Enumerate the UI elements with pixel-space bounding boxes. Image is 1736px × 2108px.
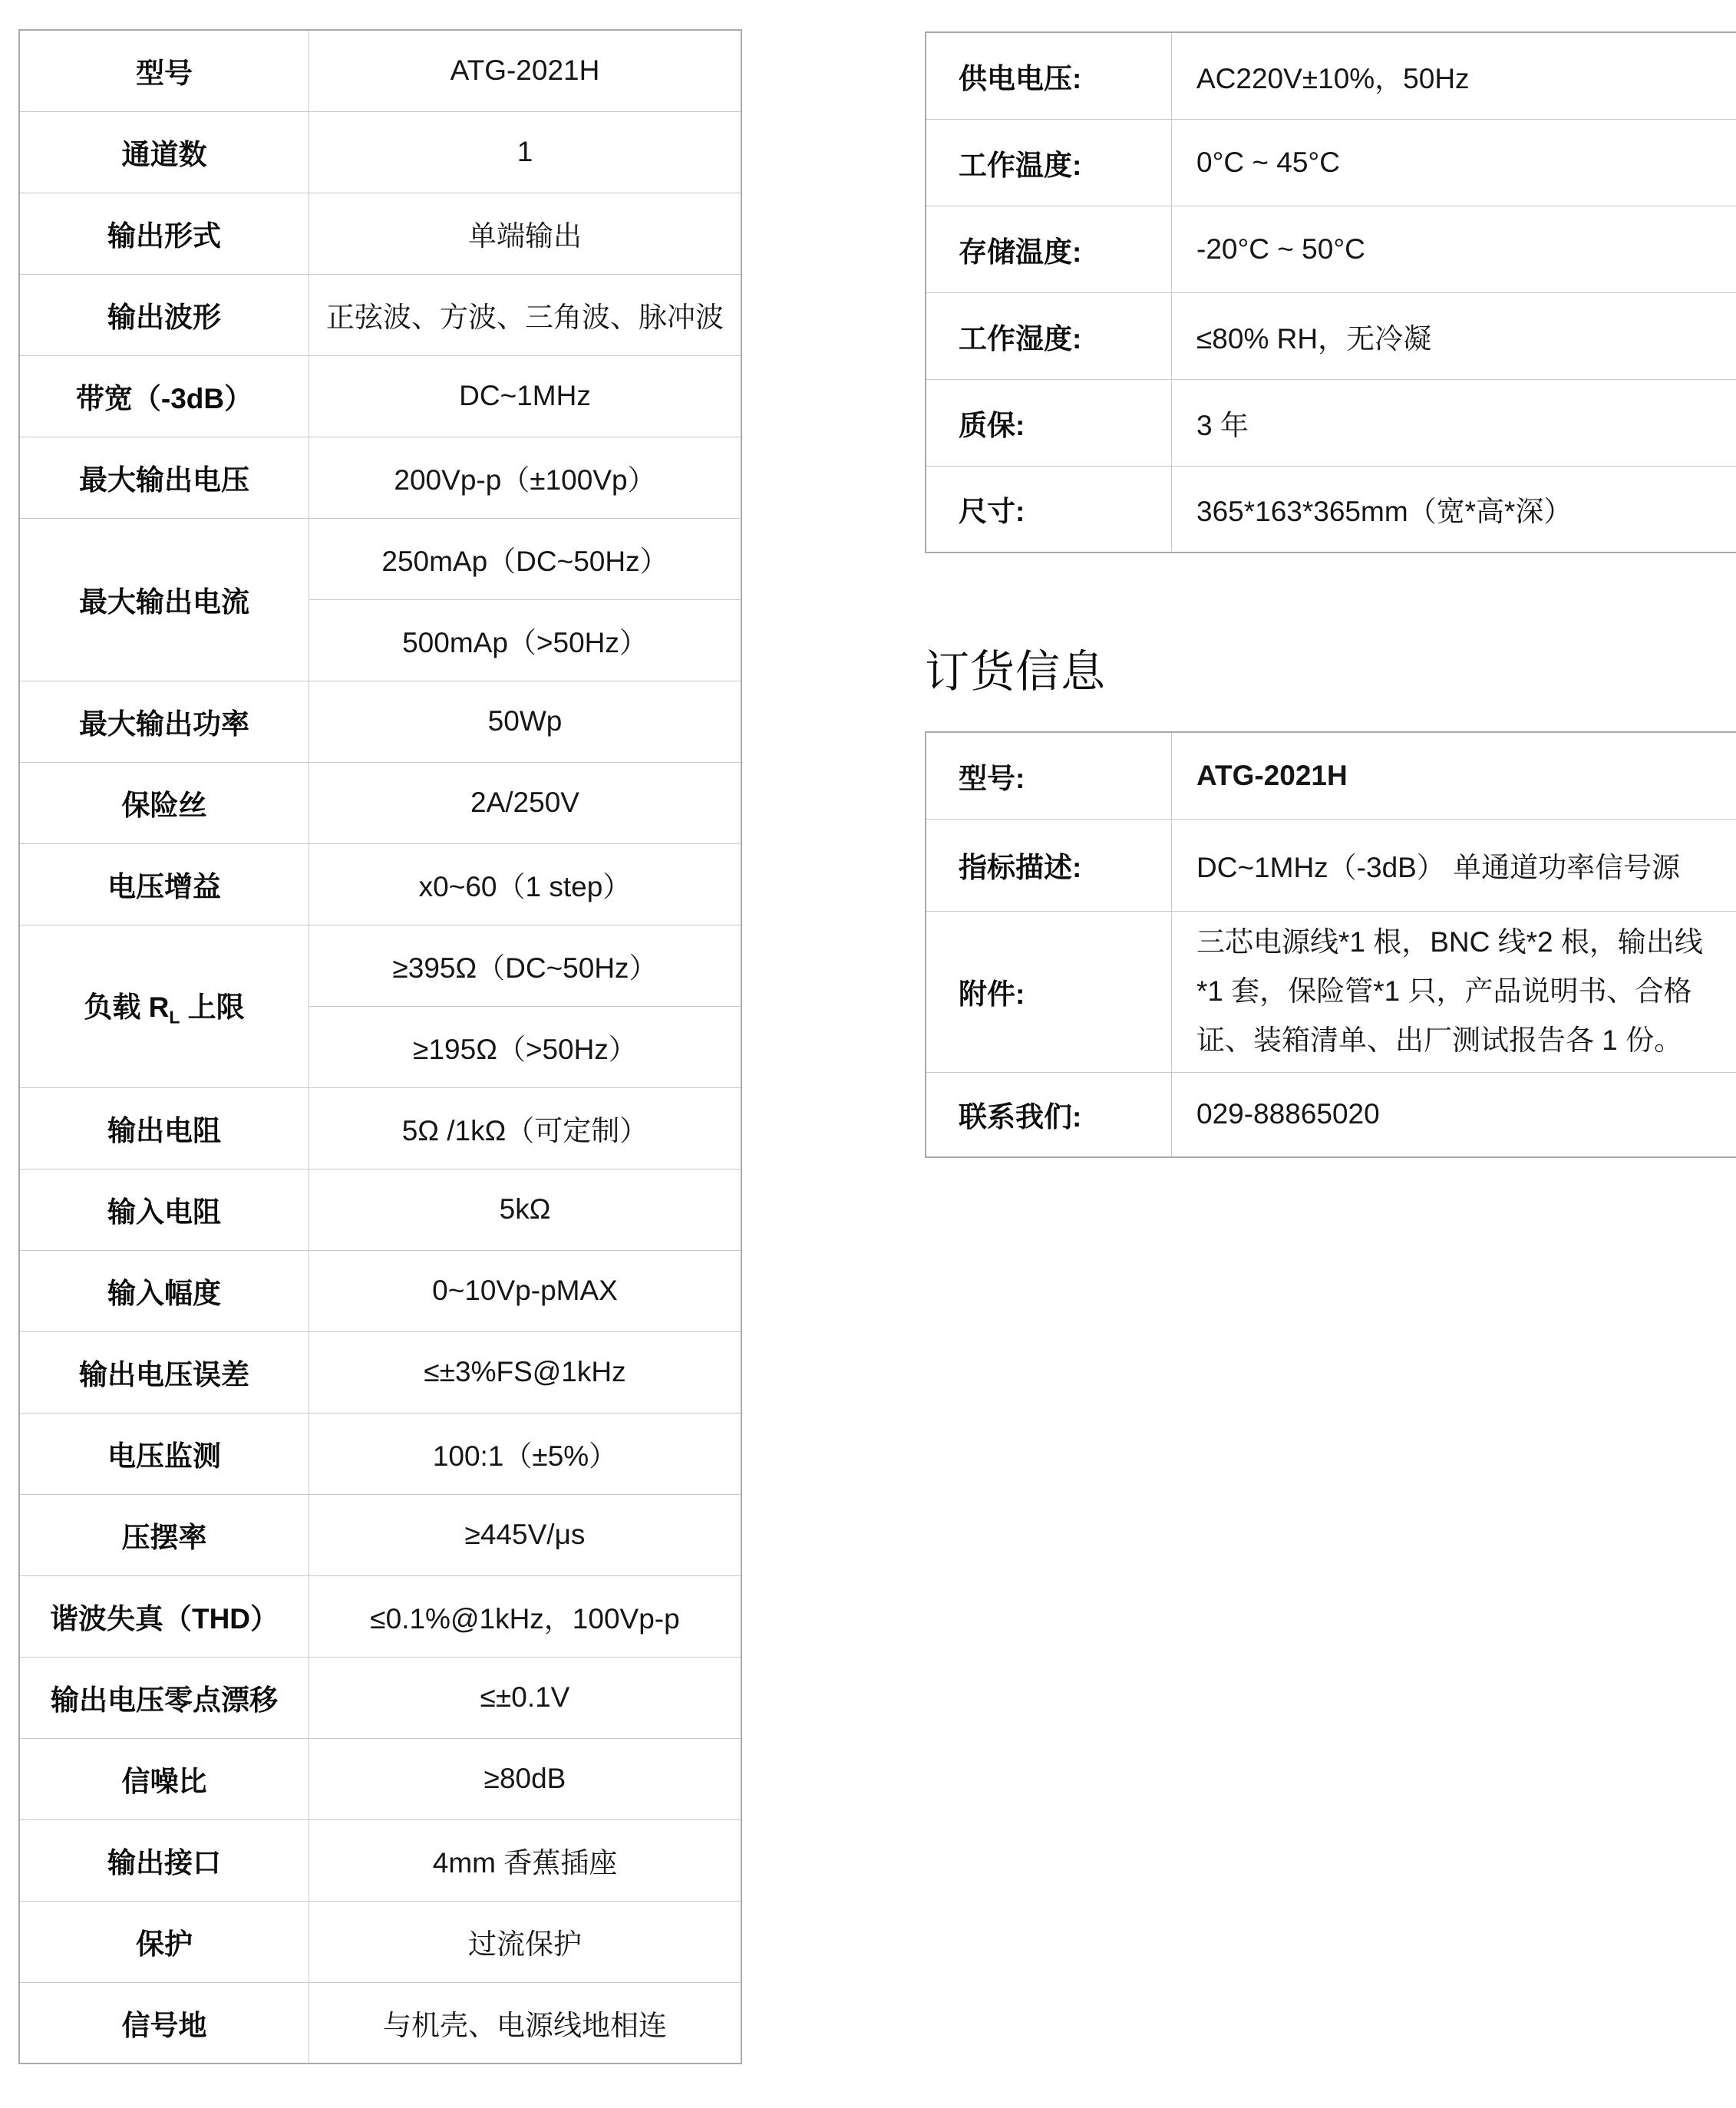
env-label: 存储温度: — [926, 206, 1172, 292]
table-row: 输出接口 4mm 香蕉插座 — [19, 1819, 741, 1901]
spec-label: 信噪比 — [19, 1738, 309, 1819]
env-label: 供电电压: — [926, 32, 1172, 119]
spec-value: ≤0.1%@1kHz，100Vp-p — [309, 1575, 742, 1657]
table-row: 联系我们: 029-88865020 — [926, 1072, 1736, 1157]
table-row: 指标描述: DC~1MHz（-3dB） 单通道功率信号源 — [926, 819, 1736, 911]
env-label: 质保: — [926, 379, 1172, 466]
spec-value: 0~10Vp-pMAX — [309, 1250, 742, 1331]
env-label: 工作湿度: — [926, 292, 1172, 379]
table-row: 输出形式 单端输出 — [19, 193, 741, 274]
spec-label: 输出接口 — [19, 1819, 309, 1901]
table-row: 保险丝 2A/250V — [19, 762, 741, 843]
table-row: 输出电压零点漂移 ≤±0.1V — [19, 1657, 741, 1738]
spec-value: 2A/250V — [309, 762, 742, 843]
spec-label-text: 上限 — [180, 991, 244, 1023]
spec-value: 100:1（±5%） — [309, 1413, 742, 1494]
spec-value: 单端输出 — [309, 193, 742, 274]
table-row: 尺寸: 365*163*365mm（宽*高*深） — [926, 466, 1736, 553]
table-row: 存储温度: -20°C ~ 50°C — [926, 206, 1736, 292]
spec-label: 输出电压误差 — [19, 1331, 309, 1413]
table-row: 最大输出电流 250mAp（DC~50Hz） — [19, 518, 741, 599]
table-row: 工作湿度: ≤80% RH，无冷凝 — [926, 292, 1736, 379]
spec-value: ≥195Ω（>50Hz） — [309, 1006, 742, 1087]
order-value: DC~1MHz（-3dB） 单通道功率信号源 — [1172, 819, 1736, 911]
spec-label: 输出电压零点漂移 — [19, 1657, 309, 1738]
spec-value: 500mAp（>50Hz） — [309, 599, 742, 681]
table-row: 输出电压误差 ≤±3%FS@1kHz — [19, 1331, 741, 1413]
spec-value: 正弦波、方波、三角波、脉冲波 — [309, 274, 742, 355]
spec-label: 输出电阻 — [19, 1087, 309, 1169]
spec-value: x0~60（1 step） — [309, 843, 742, 925]
table-row: 谐波失真（THD） ≤0.1%@1kHz，100Vp-p — [19, 1575, 741, 1657]
env-value: 365*163*365mm（宽*高*深） — [1172, 466, 1736, 553]
table-row: 电压增益 x0~60（1 step） — [19, 843, 741, 925]
spec-value: 200Vp-p（±100Vp） — [309, 437, 742, 518]
subscript-l: L — [169, 1008, 180, 1028]
spec-value: 1 — [309, 111, 742, 193]
spec-label: 输出形式 — [19, 193, 309, 274]
table-row: 通道数 1 — [19, 111, 741, 193]
order-value: 三芯电源线*1 根，BNC 线*2 根，输出线*1 套，保险管*1 只，产品说明… — [1172, 911, 1736, 1072]
spec-document-page: 型号 ATG-2021H 通道数 1 输出形式 单端输出 输出波形 正弦波、方波… — [0, 0, 1736, 2108]
spec-label: 通道数 — [19, 111, 309, 193]
table-row: 型号 ATG-2021H — [19, 30, 741, 111]
spec-value: ATG-2021H — [309, 30, 742, 111]
table-row: 质保: 3 年 — [926, 379, 1736, 466]
env-table: 供电电压: AC220V±10%，50Hz 工作温度: 0°C ~ 45°C 存… — [925, 31, 1736, 553]
order-label: 附件: — [926, 911, 1172, 1072]
spec-label: 输入幅度 — [19, 1250, 309, 1331]
table-row: 压摆率 ≥445V/μs — [19, 1494, 741, 1575]
spec-value: 4mm 香蕉插座 — [309, 1819, 742, 1901]
spec-label: 电压增益 — [19, 843, 309, 925]
table-row: 最大输出功率 50Wp — [19, 681, 741, 762]
spec-value: ≥445V/μs — [309, 1494, 742, 1575]
table-row: 带宽（-3dB） DC~1MHz — [19, 355, 741, 437]
spec-label: 谐波失真（THD） — [19, 1575, 309, 1657]
env-label: 工作温度: — [926, 119, 1172, 206]
spec-label: 负载 RL 上限 — [19, 925, 309, 1087]
env-value: -20°C ~ 50°C — [1172, 206, 1736, 292]
spec-value: ≤±0.1V — [309, 1657, 742, 1738]
table-row: 型号: ATG-2021H — [926, 732, 1736, 819]
spec-label: 型号 — [19, 30, 309, 111]
order-label: 指标描述: — [926, 819, 1172, 911]
order-info-heading: 订货信息 — [925, 635, 1106, 700]
env-label: 尺寸: — [926, 466, 1172, 553]
table-row: 电压监测 100:1（±5%） — [19, 1413, 741, 1494]
spec-label: 输出波形 — [19, 274, 309, 355]
spec-label: 保险丝 — [19, 762, 309, 843]
table-row: 输出电阻 5Ω /1kΩ（可定制） — [19, 1087, 741, 1169]
spec-value: 过流保护 — [309, 1901, 742, 1982]
order-table: 型号: ATG-2021H 指标描述: DC~1MHz（-3dB） 单通道功率信… — [925, 731, 1736, 1158]
order-value: 029-88865020 — [1172, 1072, 1736, 1157]
spec-label: 最大输出电压 — [19, 437, 309, 518]
spec-label: 输入电阻 — [19, 1169, 309, 1250]
table-row: 信噪比 ≥80dB — [19, 1738, 741, 1819]
table-row: 输入电阻 5kΩ — [19, 1169, 741, 1250]
spec-label: 保护 — [19, 1901, 309, 1982]
table-row: 最大输出电压 200Vp-p（±100Vp） — [19, 437, 741, 518]
env-value: 0°C ~ 45°C — [1172, 119, 1736, 206]
table-row: 输出波形 正弦波、方波、三角波、脉冲波 — [19, 274, 741, 355]
table-row: 负载 RL 上限 ≥395Ω（DC~50Hz） — [19, 925, 741, 1006]
table-row: 信号地 与机壳、电源线地相连 — [19, 1982, 741, 2063]
env-value: ≤80% RH，无冷凝 — [1172, 292, 1736, 379]
spec-value: ≥395Ω（DC~50Hz） — [309, 925, 742, 1006]
table-row: 保护 过流保护 — [19, 1901, 741, 1982]
table-row: 输入幅度 0~10Vp-pMAX — [19, 1250, 741, 1331]
spec-value: 250mAp（DC~50Hz） — [309, 518, 742, 599]
spec-label: 最大输出电流 — [19, 518, 309, 681]
order-label: 型号: — [926, 732, 1172, 819]
table-row: 工作温度: 0°C ~ 45°C — [926, 119, 1736, 206]
spec-value: DC~1MHz — [309, 355, 742, 437]
env-value: AC220V±10%，50Hz — [1172, 32, 1736, 119]
spec-label-text: 负载 R — [84, 991, 169, 1023]
env-value: 3 年 — [1172, 379, 1736, 466]
spec-label: 最大输出功率 — [19, 681, 309, 762]
table-row: 附件: 三芯电源线*1 根，BNC 线*2 根，输出线*1 套，保险管*1 只，… — [926, 911, 1736, 1072]
spec-label: 信号地 — [19, 1982, 309, 2063]
spec-label: 电压监测 — [19, 1413, 309, 1494]
spec-value: 与机壳、电源线地相连 — [309, 1982, 742, 2063]
spec-label: 压摆率 — [19, 1494, 309, 1575]
spec-value: 5Ω /1kΩ（可定制） — [309, 1087, 742, 1169]
order-label: 联系我们: — [926, 1072, 1172, 1157]
spec-label: 带宽（-3dB） — [19, 355, 309, 437]
spec-value: 5kΩ — [309, 1169, 742, 1250]
spec-value: ≤±3%FS@1kHz — [309, 1331, 742, 1413]
spec-table: 型号 ATG-2021H 通道数 1 输出形式 单端输出 输出波形 正弦波、方波… — [18, 29, 742, 2064]
table-row: 供电电压: AC220V±10%，50Hz — [926, 32, 1736, 119]
order-value: ATG-2021H — [1172, 732, 1736, 819]
spec-value: ≥80dB — [309, 1738, 742, 1819]
spec-value: 50Wp — [309, 681, 742, 762]
